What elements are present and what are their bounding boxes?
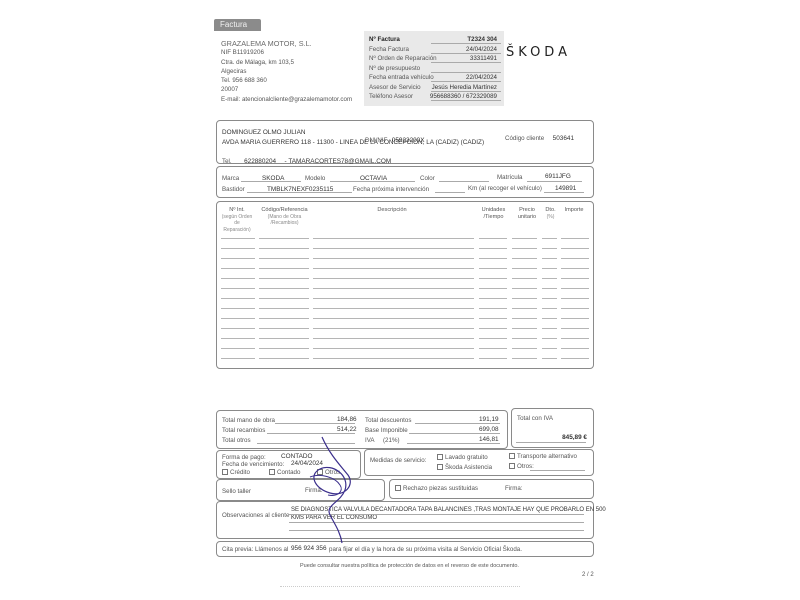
- column-header: Dto.(%): [542, 207, 559, 220]
- otros-service-option[interactable]: Otros:: [509, 463, 534, 470]
- table-row-line: [259, 358, 309, 359]
- table-row-line: [221, 328, 255, 329]
- table-row-line: [221, 268, 255, 269]
- table-row-line: [221, 338, 255, 339]
- table-row-line: [313, 278, 474, 279]
- table-row-line: [561, 268, 589, 269]
- invoice-badge: Factura: [214, 19, 261, 31]
- invoice-field-label: Fecha Factura: [369, 46, 409, 53]
- faded-footer-line: [280, 586, 520, 587]
- table-row-line: [221, 238, 255, 239]
- forma-pago-label: Forma de pago:: [222, 454, 266, 461]
- table-row-line: [259, 268, 309, 269]
- invoice-field-value: 33311491: [470, 55, 497, 62]
- table-row-line: [512, 238, 537, 239]
- table-row-line: [313, 308, 474, 309]
- table-row-line: [561, 348, 589, 349]
- skoda-logo: ŠKODA: [506, 45, 571, 60]
- table-row-line: [561, 278, 589, 279]
- iva-label: IVA: [365, 437, 375, 444]
- invoice-field-label: Fecha entrada vehículo: [369, 74, 434, 81]
- table-row-line: [561, 248, 589, 249]
- invoice-field-row: Nº FacturaT2324 304: [369, 36, 501, 46]
- table-row-line: [259, 238, 309, 239]
- company-email: E-mail: atencionalcliente@grazalemamotor…: [221, 95, 352, 104]
- bastidor-value: TMBLK7NEXF0235115: [267, 186, 333, 193]
- table-row-line: [561, 288, 589, 289]
- invoice-field-value: T2324 304: [467, 36, 497, 43]
- client-code-label: Código cliente: [505, 135, 544, 142]
- table-row-line: [542, 348, 557, 349]
- table-row-line: [221, 258, 255, 259]
- table-row-line: [542, 238, 557, 239]
- table-row-line: [479, 298, 507, 299]
- table-row-line: [542, 248, 557, 249]
- table-row-line: [512, 288, 537, 289]
- table-row-line: [479, 268, 507, 269]
- table-row-line: [259, 248, 309, 249]
- table-row-line: [259, 308, 309, 309]
- table-row-line: [479, 318, 507, 319]
- table-row-line: [221, 358, 255, 359]
- table-row-line: [561, 298, 589, 299]
- credito-option[interactable]: Crédito: [222, 469, 250, 476]
- table-row-line: [313, 288, 474, 289]
- customer-name: DOMINGUEZ OLMO JULIAN: [222, 129, 305, 136]
- table-row-line: [221, 298, 255, 299]
- invoice-field-label: Nº de presupuesto: [369, 65, 420, 72]
- company-zip: 20007: [221, 85, 352, 94]
- table-row-line: [561, 328, 589, 329]
- table-row-line: [512, 248, 537, 249]
- vencimiento-label: Fecha de vencimiento:: [222, 461, 284, 468]
- invoice-field-label: Nº Factura: [369, 36, 400, 43]
- table-row-line: [221, 318, 255, 319]
- base-value: 699,08: [479, 426, 499, 433]
- table-row-line: [259, 328, 309, 329]
- modelo-value: OCTAVIA: [360, 175, 387, 182]
- observations-box: Observaciones al cliente SE DIAGNOSTICA …: [216, 501, 594, 539]
- table-row-line: [561, 238, 589, 239]
- table-row-line: [479, 348, 507, 349]
- invoice-field-row: Teléfono Asesor956688360 / 672329089: [369, 93, 501, 103]
- table-row-line: [259, 298, 309, 299]
- invoice-field-label: Asesor de Servicio: [369, 84, 421, 91]
- table-row-line: [313, 328, 474, 329]
- table-row-line: [561, 308, 589, 309]
- table-row-line: [479, 278, 507, 279]
- customer-box: DOMINGUEZ OLMO JULIAN DNI/NIF 05923200X …: [216, 120, 594, 164]
- invoice-field-label: Nº Orden de Reparación: [369, 55, 437, 62]
- table-row-line: [479, 358, 507, 359]
- table-row-line: [221, 288, 255, 289]
- table-row-line: [542, 328, 557, 329]
- invoice-page: Factura GRAZALEMA MOTOR, S.L. NIF B11919…: [0, 0, 800, 600]
- table-row-line: [512, 298, 537, 299]
- tel-value: 622880204: [244, 158, 276, 165]
- matricula-value: 6911JFG: [545, 173, 571, 180]
- km-value: 149891: [555, 185, 576, 192]
- invoice-field-row: Nº Orden de Reparación33311491: [369, 55, 501, 65]
- invoice-field-row: Fecha Factura24/04/2024: [369, 46, 501, 56]
- table-row-line: [479, 248, 507, 249]
- table-row-line: [259, 338, 309, 339]
- firma2-label: Firma:: [505, 485, 523, 492]
- invoice-field-row: Asesor de ServicioJesús Heredia Martínez: [369, 84, 501, 94]
- table-row-line: [561, 358, 589, 359]
- total-iva-value: 845,89 €: [562, 434, 587, 441]
- table-row-line: [313, 338, 474, 339]
- appointment-phone: 956 924 356: [291, 545, 327, 552]
- recambios-value: 514,22: [337, 426, 357, 433]
- table-row-line: [512, 338, 537, 339]
- page-number: 2 / 2: [582, 572, 594, 578]
- table-row-line: [512, 268, 537, 269]
- invoice-field-value: 22/04/2024: [466, 74, 497, 81]
- service-measures-box: Medidas de servicio: Lavado gratuito Ško…: [364, 449, 594, 476]
- table-row-line: [512, 328, 537, 329]
- table-row-line: [542, 308, 557, 309]
- invoice-field-value: 24/04/2024: [466, 46, 497, 53]
- table-row-line: [561, 338, 589, 339]
- table-row-line: [542, 258, 557, 259]
- table-row-line: [259, 318, 309, 319]
- table-row-line: [313, 248, 474, 249]
- totals-box: Total mano de obra 184,86 Total recambio…: [216, 410, 508, 449]
- table-row-line: [542, 268, 557, 269]
- table-row-line: [259, 288, 309, 289]
- checkbox-icon: [509, 463, 515, 469]
- appointment-prefix: Cita previa: Llámenos al: [222, 546, 288, 553]
- iva-rate: (21%): [383, 437, 400, 444]
- mano-obra-label: Total mano de obra: [222, 417, 275, 424]
- table-row-line: [313, 348, 474, 349]
- table-row-line: [542, 318, 557, 319]
- checkbox-icon: [509, 453, 515, 459]
- table-row-line: [561, 258, 589, 259]
- table-row-line: [313, 258, 474, 259]
- column-header: Unidades /Tiempo: [475, 207, 512, 220]
- column-header: Importe: [559, 207, 589, 214]
- table-row-line: [542, 288, 557, 289]
- km-label: Km (al recoger el vehículo): [468, 185, 542, 192]
- table-row-line: [313, 268, 474, 269]
- service-measures-label: Medidas de servicio:: [370, 457, 426, 464]
- invoice-field-value: 956688360 / 672329089: [430, 93, 497, 100]
- table-row-line: [542, 298, 557, 299]
- rechazo-option[interactable]: Rechazo piezas sustituidas: [395, 485, 478, 492]
- table-row-line: [512, 308, 537, 309]
- table-row-line: [512, 318, 537, 319]
- lavado-option[interactable]: Lavado gratuito: [437, 454, 488, 461]
- table-row-line: [221, 248, 255, 249]
- table-row-line: [259, 258, 309, 259]
- tel-label: Tel.: [222, 158, 232, 165]
- appointment-box: Cita previa: Llámenos al 956 924 356 par…: [216, 541, 594, 557]
- observations-label: Observaciones al cliente: [222, 512, 289, 519]
- checkbox-icon: [437, 464, 443, 470]
- table-row-line: [479, 338, 507, 339]
- descuentos-value: 191,19: [479, 416, 499, 423]
- marca-value: SKODA: [262, 175, 284, 182]
- asistencia-option[interactable]: Škoda Asistencia: [437, 464, 492, 471]
- table-row-line: [313, 358, 474, 359]
- column-header: Nº Int.(según Orden de Reparación): [221, 207, 253, 233]
- privacy-note: Puede consultar nuestra política de prot…: [300, 563, 519, 569]
- invoice-field-row: Nº de presupuesto: [369, 65, 501, 75]
- contado-option[interactable]: Contado: [269, 469, 300, 476]
- company-city: Algeciras: [221, 67, 352, 76]
- table-row-line: [259, 348, 309, 349]
- column-header: Precio unitario: [512, 207, 542, 220]
- proxima-label: Fecha próxima intervención: [353, 186, 429, 193]
- table-row-line: [479, 288, 507, 289]
- checkbox-icon: [437, 454, 443, 460]
- invoice-field-label: Teléfono Asesor: [369, 93, 413, 100]
- table-row-line: [221, 278, 255, 279]
- recambios-label: Total recambios: [222, 427, 265, 434]
- mano-obra-value: 184,86: [337, 416, 357, 423]
- company-nif: NIF B11919206: [221, 48, 352, 57]
- table-row-line: [542, 278, 557, 279]
- descuentos-label: Total descuentos: [365, 417, 411, 424]
- checkbox-icon: [222, 469, 228, 475]
- company-phone: Tel. 956 688 360: [221, 76, 352, 85]
- base-label: Base Imponible: [365, 427, 408, 434]
- table-row-line: [542, 338, 557, 339]
- matricula-label: Matrícula: [497, 174, 522, 181]
- table-row-line: [479, 238, 507, 239]
- sello-label: Sello taller: [222, 488, 251, 495]
- table-row-line: [512, 358, 537, 359]
- client-code-value: 503641: [553, 135, 574, 142]
- invoice-fields-panel: Nº FacturaT2324 304Fecha Factura24/04/20…: [364, 31, 504, 106]
- customer-email: - TAMARACORTES78@GMAIL.COM: [285, 158, 392, 165]
- color-label: Color: [420, 175, 435, 182]
- column-header: Descripción: [312, 207, 472, 214]
- table-row-line: [479, 308, 507, 309]
- rechazo-box: Rechazo piezas sustituidas Firma:: [389, 479, 594, 499]
- checkbox-icon: [269, 469, 275, 475]
- iva-value: 146,81: [479, 436, 499, 443]
- table-row-line: [313, 238, 474, 239]
- lines-table: Nº Int.(según Orden de Reparación)Código…: [216, 201, 594, 369]
- table-row-line: [512, 348, 537, 349]
- vehicle-box: Marca SKODA Modelo OCTAVIA Color Matrícu…: [216, 166, 594, 198]
- table-row-line: [259, 278, 309, 279]
- table-row-line: [313, 298, 474, 299]
- customer-address: AVDA MARIA GUERRERO 118 - 11300 - LINEA …: [222, 139, 484, 146]
- table-row-line: [221, 348, 255, 349]
- appointment-suffix: para fijar el día y la hora de su próxim…: [329, 546, 522, 553]
- table-row-line: [479, 328, 507, 329]
- transporte-option[interactable]: Transporte alternativo: [509, 453, 577, 460]
- modelo-label: Modelo: [305, 175, 325, 182]
- table-row-line: [512, 258, 537, 259]
- table-row-line: [561, 318, 589, 319]
- invoice-field-value: Jesús Heredia Martínez: [432, 84, 497, 91]
- checkbox-icon: [395, 485, 401, 491]
- invoice-field-row: Fecha entrada vehículo22/04/2024: [369, 74, 501, 84]
- total-iva-box: Total con IVA 845,89 €: [511, 408, 594, 448]
- otros-label: Total otros: [222, 437, 251, 444]
- total-iva-label: Total con IVA: [517, 415, 553, 422]
- column-header: Código/Referencia(Mano de Obra /Recambio…: [257, 207, 312, 227]
- company-info: GRAZALEMA MOTOR, S.L. NIF B11919206 Ctra…: [221, 39, 352, 104]
- table-row-line: [313, 318, 474, 319]
- bastidor-label: Bastidor: [222, 186, 245, 193]
- table-row-line: [479, 258, 507, 259]
- company-address: Ctra. de Málaga, km 103,5: [221, 58, 352, 67]
- table-row-line: [542, 358, 557, 359]
- table-row-line: [512, 278, 537, 279]
- handwritten-signature: [300, 435, 360, 545]
- table-row-line: [221, 308, 255, 309]
- marca-label: Marca: [222, 175, 239, 182]
- company-name: GRAZALEMA MOTOR, S.L.: [221, 39, 352, 48]
